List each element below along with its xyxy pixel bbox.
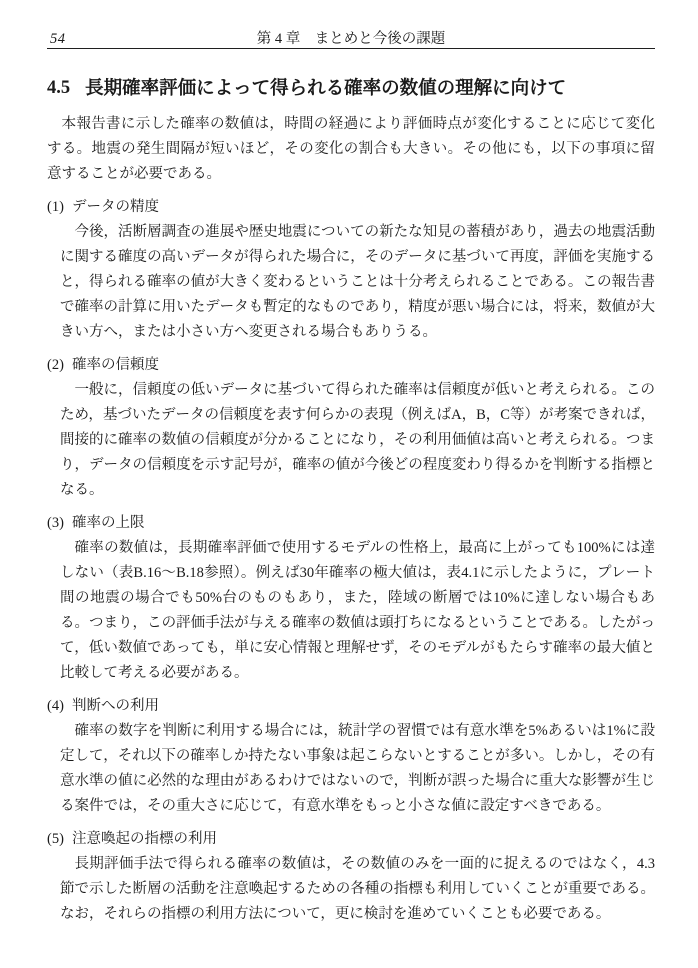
section-title: 長期確率評価によって得られる確率の数値の理解に向けて xyxy=(85,76,566,100)
item-heading: (2) 確率の信頼度 xyxy=(47,353,655,378)
item-title: データの精度 xyxy=(72,195,159,220)
item-title: 判断への利用 xyxy=(72,694,159,719)
list-item: (4) 判断への利用 確率の数字を判断に利用する場合には，統計学の習慣では有意水… xyxy=(47,694,655,819)
item-body: 今後，活断層調査の進展や歴史地震についての新たな知見の蓄積があり，過去の地震活動… xyxy=(60,220,655,345)
document-page: 54 第 4 章 まとめと今後の課題 4.5 長期確率評価によって得られる確率の… xyxy=(0,0,698,968)
notes-list: (1) データの精度 今後，活断層調査の進展や歴史地震についての新たな知見の蓄積… xyxy=(47,195,655,927)
item-number: (1) xyxy=(47,195,72,220)
item-title: 確率の信頼度 xyxy=(72,353,159,378)
item-body: 確率の数値は，長期確率評価で使用するモデルの性格上，最高に上がっても100%には… xyxy=(60,536,655,686)
item-number: (3) xyxy=(47,511,72,536)
item-body: 一般に，信頼度の低いデータに基づいて得られた確率は信頼度が低いと考えられる。この… xyxy=(60,378,655,503)
item-heading: (3) 確率の上限 xyxy=(47,511,655,536)
section-heading: 4.5 長期確率評価によって得られる確率の数値の理解に向けて xyxy=(47,76,655,100)
item-heading: (4) 判断への利用 xyxy=(47,694,655,719)
item-number: (4) xyxy=(47,694,72,719)
list-item: (5) 注意喚起の指標の利用 長期評価手法で得られる確率の数値は，その数値のみを… xyxy=(47,827,655,927)
item-heading: (5) 注意喚起の指標の利用 xyxy=(47,827,655,852)
running-header-title: 第 4 章 まとめと今後の課題 xyxy=(47,31,655,47)
list-item: (2) 確率の信頼度 一般に，信頼度の低いデータに基づいて得られた確率は信頼度が… xyxy=(47,353,655,503)
item-title: 注意喚起の指標の利用 xyxy=(72,827,217,852)
running-header: 54 第 4 章 まとめと今後の課題 xyxy=(47,31,655,49)
item-number: (2) xyxy=(47,353,72,378)
item-heading: (1) データの精度 xyxy=(47,195,655,220)
section-number: 4.5 xyxy=(47,76,70,100)
item-title: 確率の上限 xyxy=(72,511,145,536)
intro-paragraph: 本報告書に示した確率の数値は，時間の経過により評価時点が変化することに応じて変化… xyxy=(47,112,655,187)
list-item: (3) 確率の上限 確率の数値は，長期確率評価で使用するモデルの性格上，最高に上… xyxy=(47,511,655,686)
item-body: 確率の数字を判断に利用する場合には，統計学の習慣では有意水準を5%あるいは1%に… xyxy=(60,719,655,819)
list-item: (1) データの精度 今後，活断層調査の進展や歴史地震についての新たな知見の蓄積… xyxy=(47,195,655,345)
item-number: (5) xyxy=(47,827,72,852)
item-body: 長期評価手法で得られる確率の数値は，その数値のみを一面的に捉えるのではなく，4.… xyxy=(60,852,655,927)
